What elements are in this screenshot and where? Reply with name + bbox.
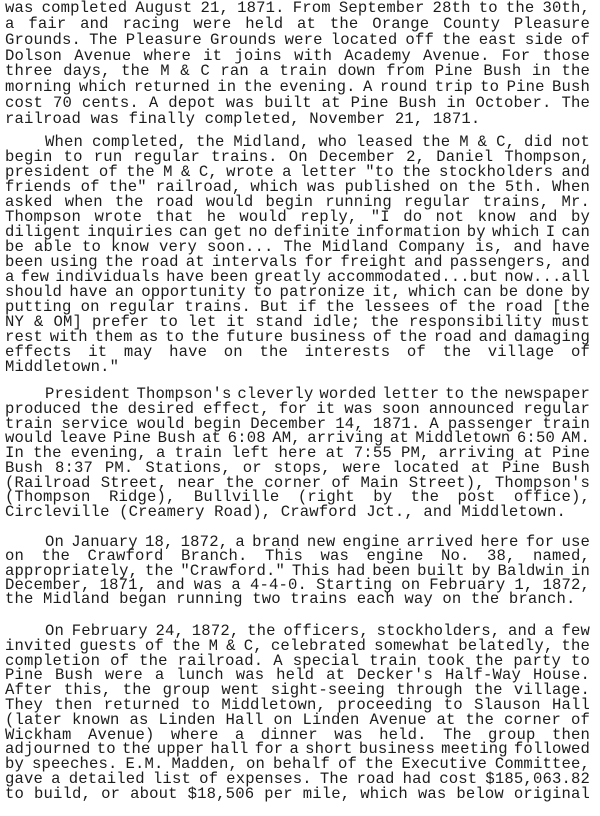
text-line: the Midland began running two trains eac… — [5, 592, 590, 606]
paragraph-2: When completed, the Midland, who leased … — [5, 135, 590, 375]
paragraph-1: was completed August 21, 1871. From Sept… — [5, 1, 590, 128]
paragraph-5: On February 24, 1872, the officers, stoc… — [5, 624, 590, 802]
paragraph-4: On January 18, 1872, a brand new engine … — [5, 535, 590, 606]
text-line: Circleville (Creamery Road), Crawford Jc… — [5, 505, 590, 520]
text-line: Middletown." — [5, 360, 590, 375]
text-line: railroad was finally completed, November… — [5, 112, 590, 128]
document-page: was completed August 21, 1871. From Sept… — [0, 0, 600, 816]
text-line: to build, or about $18,506 per mile, whi… — [5, 787, 590, 802]
paragraph-3: President Thompson's cleverly worded let… — [5, 387, 590, 520]
